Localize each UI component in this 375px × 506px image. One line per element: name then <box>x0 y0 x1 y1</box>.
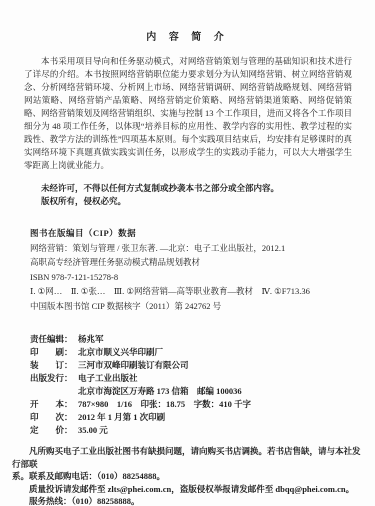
publishing-label: 责任编辑： <box>30 333 78 346</box>
cip-record-number-line: 中国版本图书馆 CIP 数据核字（2011）第 242762 号 <box>30 299 355 314</box>
publishing-value: 三河市双峰印刷装订有限公司 <box>78 359 355 372</box>
cip-series-line: 高职高专经济管理任务驱动模式精品规划教材 <box>30 255 355 270</box>
publishing-label: 印 次： <box>30 411 78 424</box>
publishing-label: 装 订： <box>30 359 78 372</box>
publishing-row-price: 定 价： 35.00 元 <box>30 424 355 437</box>
publishing-row-format: 开 本： 787×980 1/16 印张：18.75 字数：410 千字 <box>30 398 355 411</box>
copyright-page: 内 容 简 介 本书采用项目导向和任务驱动模式，对网络营销策划与管理的基础知识和… <box>0 0 375 506</box>
note-exchange-line-1: 凡所购买电子工业出版社图书有缺损问题，请向购买书店调换。若书店售缺，请与本社发行… <box>12 445 365 470</box>
publishing-value: 2012 年 1 月第 1 次印刷 <box>78 411 355 424</box>
publishing-label: 出版发行： <box>30 372 78 385</box>
cip-title-line: 网络营销：策划与管理 / 张卫东著. —北京：电子工业出版社，2012.1 <box>30 241 355 256</box>
publishing-row-address: 北京市海淀区万寿路 173 信箱 邮编 100036 <box>30 385 355 398</box>
note-complaint-email: 质量投诉请发邮件至 zlts@phei.com.cn，盗版侵权举报请发邮件至 d… <box>12 483 365 496</box>
publishing-value: 杨兆军 <box>78 333 355 346</box>
publishing-info: 责任编辑： 杨兆军 印 刷： 北京市顺义兴华印刷厂 装 订： 三河市双峰印刷装订… <box>30 333 355 437</box>
cip-header: 图书在版编目（CIP）数据 <box>30 226 355 241</box>
section-title: 内 容 简 介 <box>0 28 375 43</box>
publishing-value: 35.00 元 <box>78 424 355 437</box>
cip-block: 图书在版编目（CIP）数据 网络营销：策划与管理 / 张卫东著. —北京：电子工… <box>30 226 355 313</box>
notice-line-1: 未经许可，不得以任何方式复制或抄袭本书之部分或全部内容。 <box>41 182 352 195</box>
publishing-row-publisher: 出版发行： 电子工业出版社 <box>30 372 355 385</box>
publishing-row-printer: 印 刷： 北京市顺义兴华印刷厂 <box>30 346 355 359</box>
cip-isbn-line: ISBN 978-7-121-15278-8 <box>30 270 355 285</box>
copyright-notice: 未经许可，不得以任何方式复制或抄袭本书之部分或全部内容。 版权所有，侵权必究。 <box>41 182 352 208</box>
publishing-label: 定 价： <box>30 424 78 437</box>
purchase-notes: 凡所购买电子工业出版社图书有缺损问题，请向购买书店调换。若书店售缺，请与本社发行… <box>12 445 365 506</box>
intro-paragraph: 本书采用项目导向和任务驱动模式，对网络营销策划与管理的基础知识和技术进行了详尽的… <box>24 55 352 172</box>
note-service-hotline: 服务热线：（010）88258888。 <box>12 495 365 506</box>
publishing-value: 787×980 1/16 印张：18.75 字数：410 千字 <box>78 398 355 411</box>
publishing-value: 电子工业出版社 <box>78 372 355 385</box>
publishing-label: 印 刷： <box>30 346 78 359</box>
publishing-row-editor: 责任编辑： 杨兆军 <box>30 333 355 346</box>
publishing-label: 开 本： <box>30 398 78 411</box>
notice-line-2: 版权所有，侵权必究。 <box>41 195 352 208</box>
note-exchange-line-2: 系。联系及邮购电话：（010）88254888。 <box>12 470 365 483</box>
publishing-label <box>30 385 78 398</box>
cip-classification-line: Ⅰ. ①网… Ⅱ. ①张… Ⅲ. ①网络营销—高等职业教育—教材 Ⅳ. ①F71… <box>30 284 355 299</box>
publishing-value: 北京市顺义兴华印刷厂 <box>78 346 355 359</box>
publishing-value: 北京市海淀区万寿路 173 信箱 邮编 100036 <box>78 385 355 398</box>
publishing-row-binder: 装 订： 三河市双峰印刷装订有限公司 <box>30 359 355 372</box>
publishing-row-print-run: 印 次： 2012 年 1 月第 1 次印刷 <box>30 411 355 424</box>
